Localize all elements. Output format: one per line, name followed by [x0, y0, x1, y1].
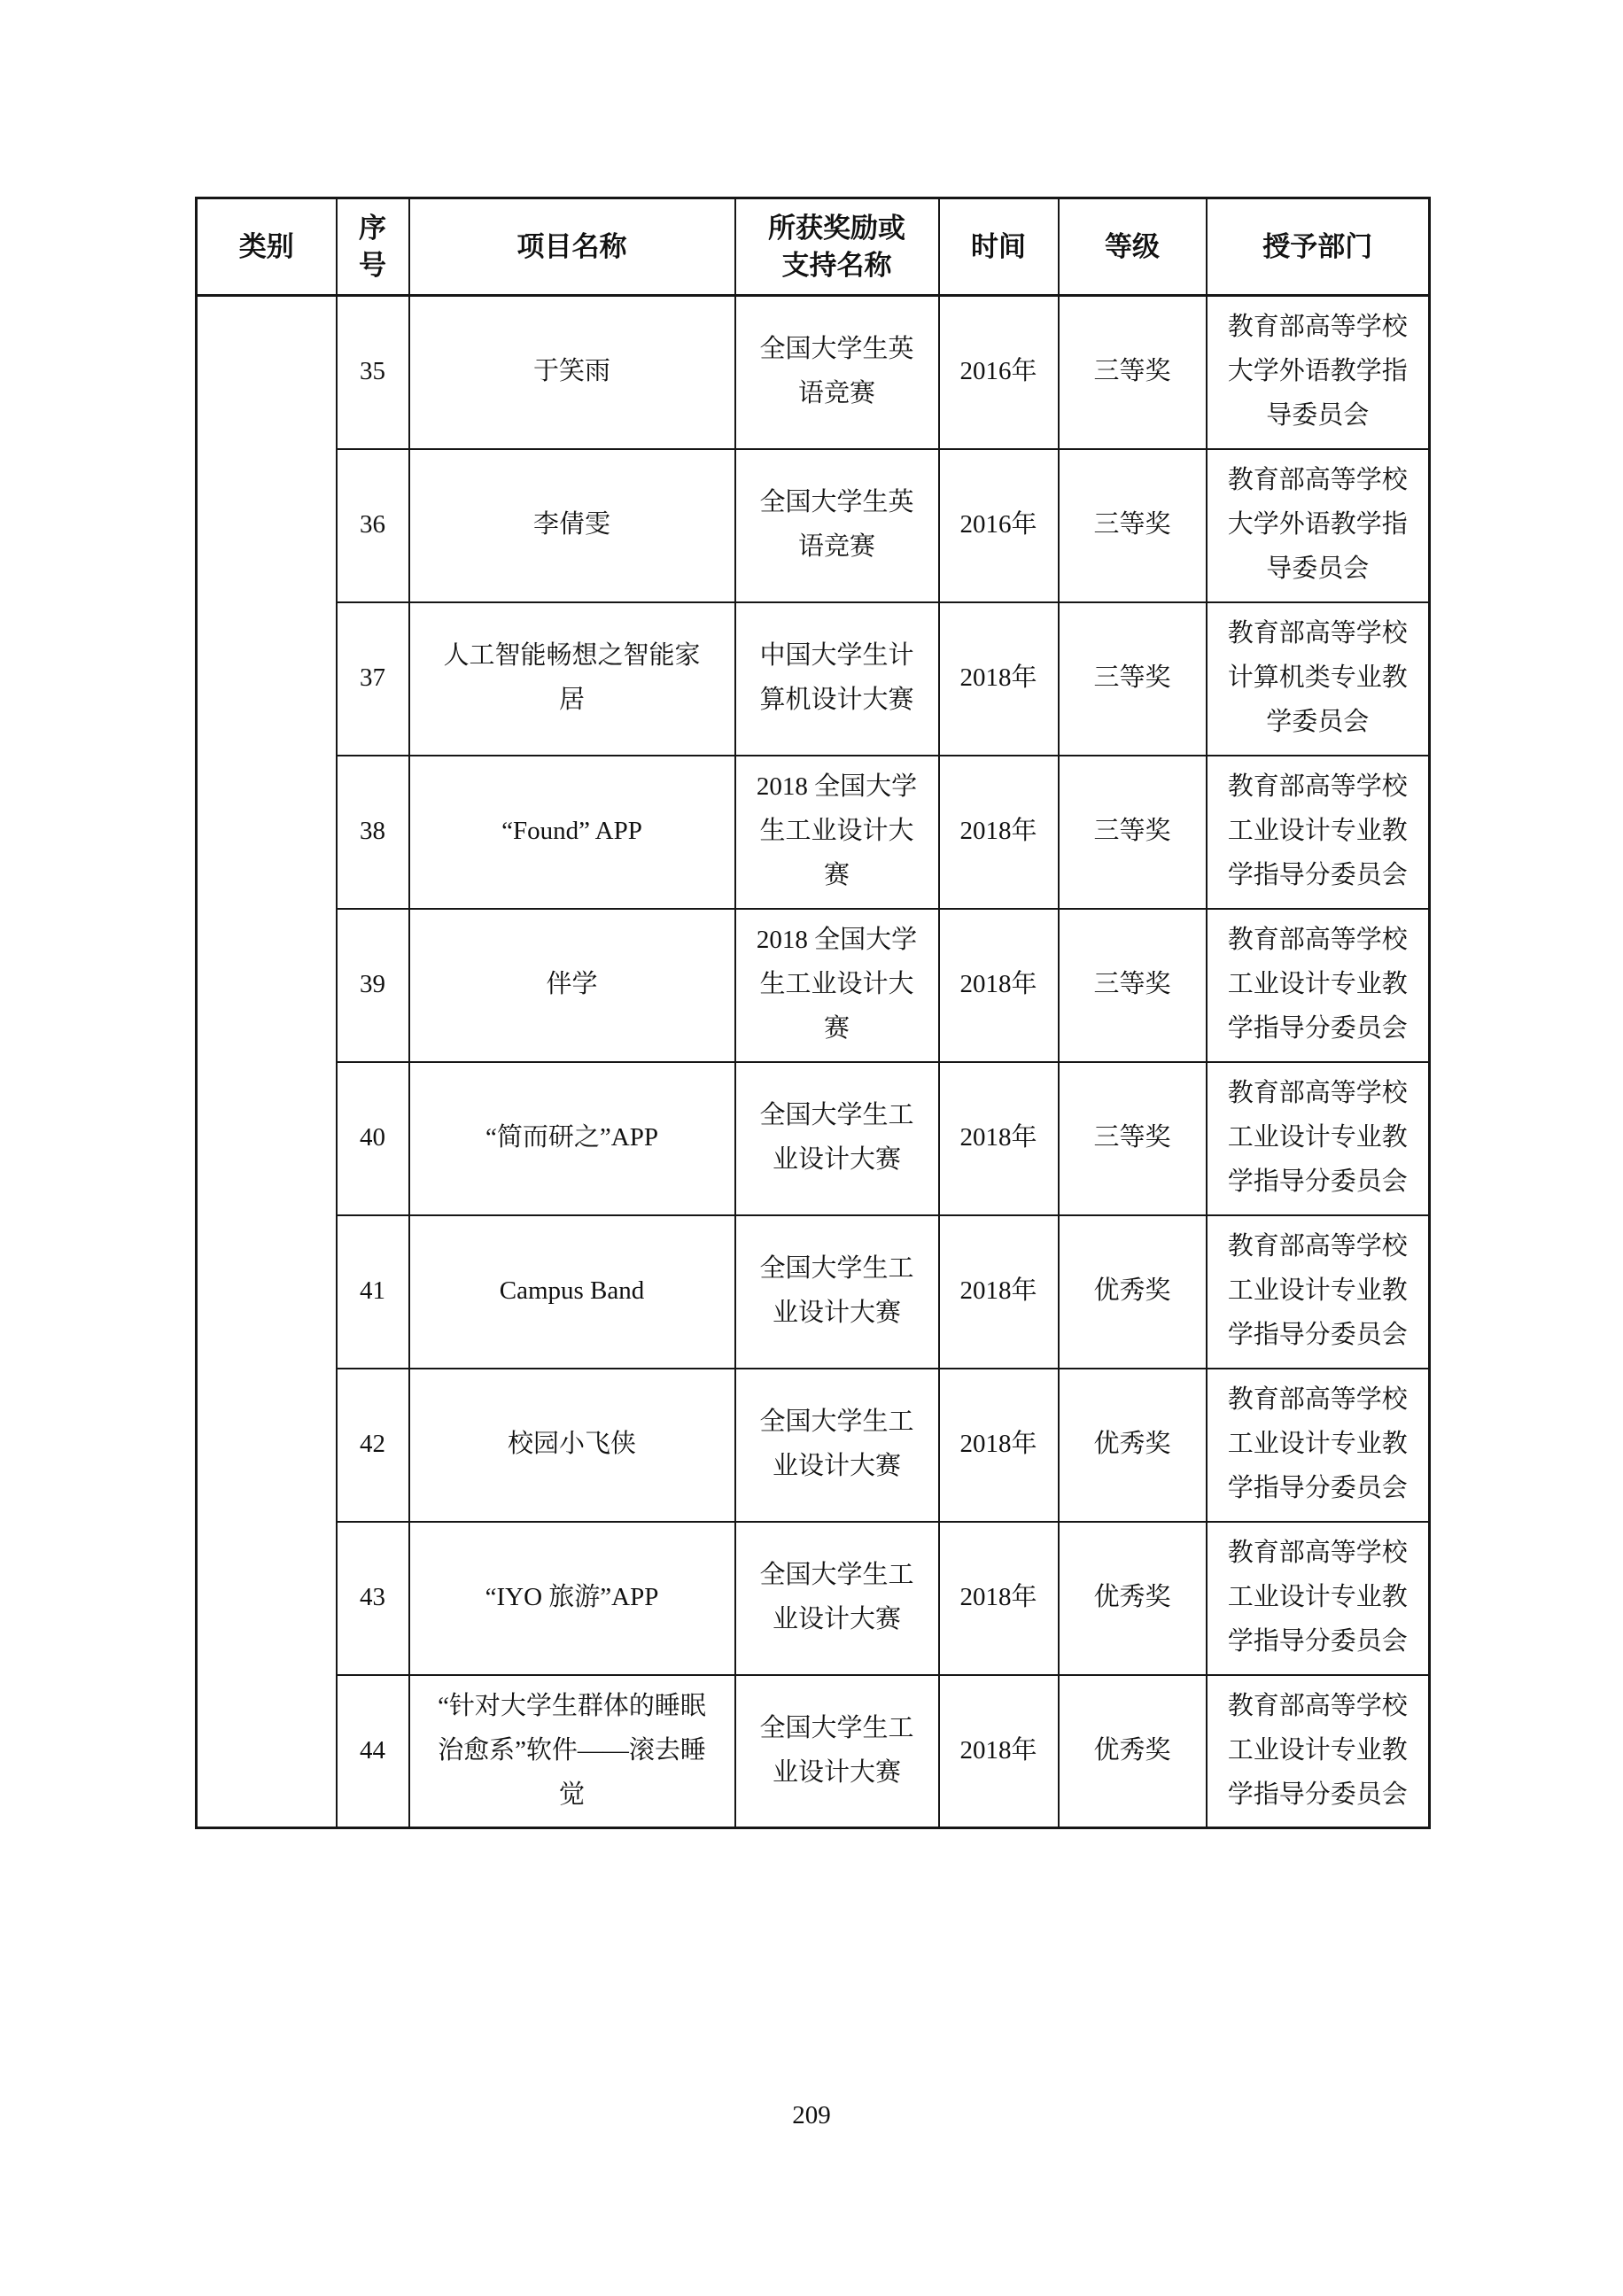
time-cell: 2018年	[939, 756, 1059, 909]
document-page: 类别 序 号 项目名称 所获奖励或 支持名称 时间 等级 授予部门 35于笑雨全…	[0, 0, 1623, 2296]
index-cell: 42	[337, 1369, 409, 1522]
level-cell: 优秀奖	[1059, 1369, 1207, 1522]
department-cell: 教育部高等学校工业设计专业教学指导分委员会	[1207, 756, 1430, 909]
time-cell: 2018年	[939, 1522, 1059, 1675]
table-row: 39伴学2018 全国大学生工业设计大赛2018年三等奖教育部高等学校工业设计专…	[197, 909, 1430, 1062]
award-cell: 2018 全国大学生工业设计大赛	[735, 909, 939, 1062]
header-project: 项目名称	[409, 198, 735, 296]
project-cell: 人工智能畅想之智能家居	[409, 602, 735, 756]
project-cell: 李倩雯	[409, 449, 735, 602]
award-cell: 全国大学生工业设计大赛	[735, 1369, 939, 1522]
time-cell: 2018年	[939, 602, 1059, 756]
index-cell: 36	[337, 449, 409, 602]
table-row: 41Campus Band全国大学生工业设计大赛2018年优秀奖教育部高等学校工…	[197, 1215, 1430, 1369]
project-cell: “针对大学生群体的睡眠治愈系”软件——滚去睡觉	[409, 1675, 735, 1828]
awards-table-body: 35于笑雨全国大学生英语竞赛2016年三等奖教育部高等学校大学外语教学指导委员会…	[197, 296, 1430, 1828]
table-row: 40“简而研之”APP全国大学生工业设计大赛2018年三等奖教育部高等学校工业设…	[197, 1062, 1430, 1215]
project-cell: 伴学	[409, 909, 735, 1062]
department-cell: 教育部高等学校工业设计专业教学指导分委员会	[1207, 1675, 1430, 1828]
header-department: 授予部门	[1207, 198, 1430, 296]
index-cell: 39	[337, 909, 409, 1062]
table-row: 42校园小飞侠全国大学生工业设计大赛2018年优秀奖教育部高等学校工业设计专业教…	[197, 1369, 1430, 1522]
index-cell: 40	[337, 1062, 409, 1215]
header-time: 时间	[939, 198, 1059, 296]
project-cell: “简而研之”APP	[409, 1062, 735, 1215]
level-cell: 三等奖	[1059, 602, 1207, 756]
project-cell: 校园小飞侠	[409, 1369, 735, 1522]
level-cell: 三等奖	[1059, 909, 1207, 1062]
project-cell: “IYO 旅游”APP	[409, 1522, 735, 1675]
award-cell: 全国大学生工业设计大赛	[735, 1062, 939, 1215]
level-cell: 优秀奖	[1059, 1215, 1207, 1369]
awards-table: 类别 序 号 项目名称 所获奖励或 支持名称 时间 等级 授予部门 35于笑雨全…	[195, 197, 1431, 1829]
page-number: 209	[0, 2101, 1623, 2130]
header-category: 类别	[197, 198, 337, 296]
department-cell: 教育部高等学校大学外语教学指导委员会	[1207, 449, 1430, 602]
department-cell: 教育部高等学校工业设计专业教学指导分委员会	[1207, 1215, 1430, 1369]
department-cell: 教育部高等学校计算机类专业教学委员会	[1207, 602, 1430, 756]
index-cell: 44	[337, 1675, 409, 1828]
time-cell: 2016年	[939, 296, 1059, 449]
time-cell: 2016年	[939, 449, 1059, 602]
index-cell: 37	[337, 602, 409, 756]
table-row: 44“针对大学生群体的睡眠治愈系”软件——滚去睡觉全国大学生工业设计大赛2018…	[197, 1675, 1430, 1828]
department-cell: 教育部高等学校工业设计专业教学指导分委员会	[1207, 1369, 1430, 1522]
table-row: 35于笑雨全国大学生英语竞赛2016年三等奖教育部高等学校大学外语教学指导委员会	[197, 296, 1430, 449]
department-cell: 教育部高等学校大学外语教学指导委员会	[1207, 296, 1430, 449]
time-cell: 2018年	[939, 909, 1059, 1062]
project-cell: 于笑雨	[409, 296, 735, 449]
index-cell: 43	[337, 1522, 409, 1675]
award-cell: 全国大学生英语竞赛	[735, 296, 939, 449]
award-cell: 全国大学生英语竞赛	[735, 449, 939, 602]
header-award: 所获奖励或 支持名称	[735, 198, 939, 296]
award-cell: 全国大学生工业设计大赛	[735, 1522, 939, 1675]
department-cell: 教育部高等学校工业设计专业教学指导分委员会	[1207, 1062, 1430, 1215]
level-cell: 三等奖	[1059, 296, 1207, 449]
project-cell: “Found” APP	[409, 756, 735, 909]
table-row: 37人工智能畅想之智能家居中国大学生计算机设计大赛2018年三等奖教育部高等学校…	[197, 602, 1430, 756]
award-cell: 全国大学生工业设计大赛	[735, 1675, 939, 1828]
award-cell: 中国大学生计算机设计大赛	[735, 602, 939, 756]
project-cell: Campus Band	[409, 1215, 735, 1369]
level-cell: 三等奖	[1059, 449, 1207, 602]
level-cell: 三等奖	[1059, 756, 1207, 909]
header-row: 类别 序 号 项目名称 所获奖励或 支持名称 时间 等级 授予部门	[197, 198, 1430, 296]
table-row: 43“IYO 旅游”APP全国大学生工业设计大赛2018年优秀奖教育部高等学校工…	[197, 1522, 1430, 1675]
time-cell: 2018年	[939, 1062, 1059, 1215]
index-cell: 38	[337, 756, 409, 909]
table-row: 36李倩雯全国大学生英语竞赛2016年三等奖教育部高等学校大学外语教学指导委员会	[197, 449, 1430, 602]
department-cell: 教育部高等学校工业设计专业教学指导分委员会	[1207, 1522, 1430, 1675]
header-level: 等级	[1059, 198, 1207, 296]
header-no: 序 号	[337, 198, 409, 296]
awards-table-header: 类别 序 号 项目名称 所获奖励或 支持名称 时间 等级 授予部门	[197, 198, 1430, 296]
level-cell: 优秀奖	[1059, 1675, 1207, 1828]
award-cell: 2018 全国大学生工业设计大赛	[735, 756, 939, 909]
award-cell: 全国大学生工业设计大赛	[735, 1215, 939, 1369]
level-cell: 优秀奖	[1059, 1522, 1207, 1675]
index-cell: 41	[337, 1215, 409, 1369]
index-cell: 35	[337, 296, 409, 449]
time-cell: 2018年	[939, 1369, 1059, 1522]
category-cell	[197, 296, 337, 1828]
time-cell: 2018年	[939, 1675, 1059, 1828]
time-cell: 2018年	[939, 1215, 1059, 1369]
table-row: 38“Found” APP2018 全国大学生工业设计大赛2018年三等奖教育部…	[197, 756, 1430, 909]
level-cell: 三等奖	[1059, 1062, 1207, 1215]
department-cell: 教育部高等学校工业设计专业教学指导分委员会	[1207, 909, 1430, 1062]
